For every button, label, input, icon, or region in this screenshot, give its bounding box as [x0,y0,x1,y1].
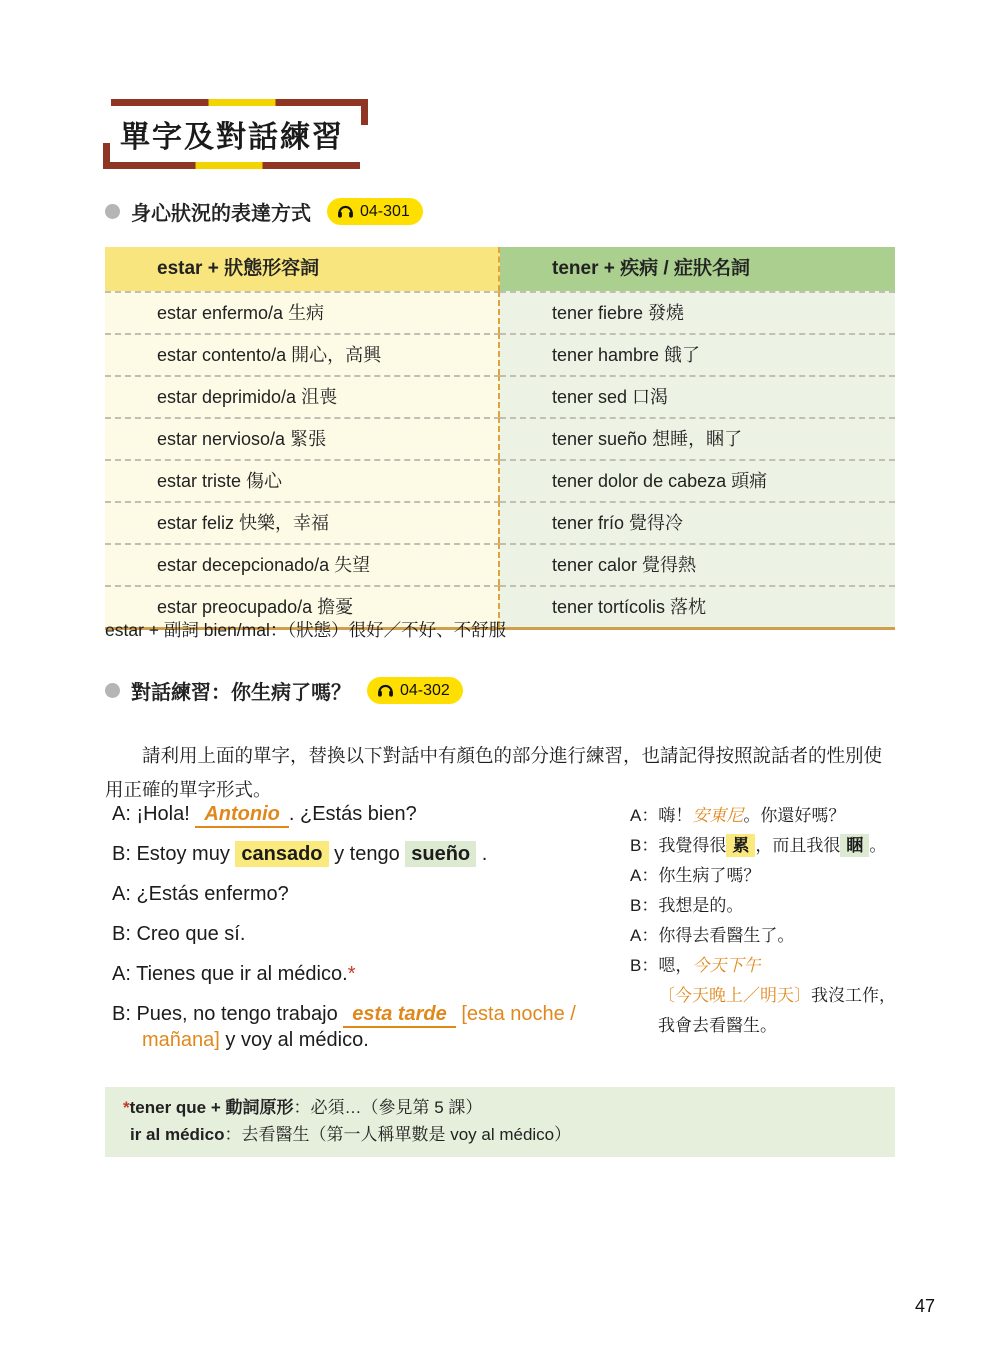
dialogue-line-chinese: A：你得去看醫生了。 [630,921,905,951]
text-segment: A：你得去看醫生了。 [630,926,794,945]
vocab-header-estar: estar + 狀態形容詞 [105,247,500,291]
dialogue-chinese-column: A：嗨！安東尼。你還好嗎？B：我覺得很累，而且我很睏。A：你生病了嗎？B：我想是… [630,801,905,1067]
text-segment: A：嗨！ [630,806,692,825]
vocab-cell-right: tener hambre 餓了 [500,333,895,375]
vocab-cell-right: tener fiebre 發燒 [500,291,895,333]
red-segment: * [348,963,356,985]
hl-green-segment: sueño [405,841,476,867]
text-segment: . [476,843,487,865]
text-segment: B：我想是的。 [630,896,743,915]
text-segment: y voy al médico. [220,1029,369,1051]
vocab-table-row: estar deprimido/a 沮喪tener sed 口渴 [105,375,895,417]
section-heading-dialogue: 對話練習：你生病了嗎？ 04-302 [105,676,463,705]
dialogue-line-spanish: B: Creo que sí. [112,921,620,947]
audio-track-badge: 04-302 [367,677,463,704]
vocab-table-row: estar feliz 快樂，幸福tener frío 覺得冷 [105,501,895,543]
text-segment: B: Estoy muy [112,843,235,865]
vocab-table-row: estar nervioso/a 緊張tener sueño 想睡，睏了 [105,417,895,459]
practice-instructions: 請利用上面的單字，替換以下對話中有顏色的部分進行練習，也請記得按照說話者的性別使… [105,739,900,807]
vocab-table: estar + 狀態形容詞 tener + 疾病 / 症狀名詞 estar en… [105,247,895,630]
vocab-table-header-row: estar + 狀態形容詞 tener + 疾病 / 症狀名詞 [105,247,895,291]
title-frame-right-stub [361,99,368,125]
text-segment: B：嗯， [630,956,692,975]
text-segment: B: Pues, no tengo trabajo [112,1003,343,1025]
dialogue-line-spanish: A: ¿Estás enfermo? [112,881,620,907]
text-segment: . ¿Estás bien? [289,803,417,825]
vocab-cell-right: tener dolor de cabeza 頭痛 [500,459,895,501]
title-frame-bottom-bar [103,162,360,169]
dialogue-line-chinese: B：嗯，今天下午〔今天晚上／明天〕我沒工作，我會去看醫生。 [630,951,905,1041]
bold-segment: ir al médico [130,1125,224,1144]
audio-track-number: 04-301 [360,203,410,221]
hl-yellow-segment: 累 [726,834,755,857]
orange-italic-segment: 今天下午 [692,956,760,975]
text-segment: 。你還好嗎？ [743,806,845,825]
vocab-table-row: estar triste 傷心tener dolor de cabeza 頭痛 [105,459,895,501]
dialogue-line-chinese: A：嗨！安東尼。你還好嗎？ [630,801,905,831]
text-segment: A: ¿Estás enfermo? [112,883,289,905]
hl-green-segment: 睏 [840,834,869,857]
section-heading-label: 對話練習：你生病了嗎？ [131,676,351,705]
vocab-table-row: estar decepcionado/a 失望tener calor 覺得熱 [105,543,895,585]
dialogue-line-spanish: B: Pues, no tengo trabajo esta tarde [es… [112,1001,620,1053]
gray-circle-bullet-icon [105,204,120,219]
text-segment: ，而且我很 [755,836,840,855]
dialogue-block: A: ¡Hola! Antonio. ¿Estás bien?B: Estoy … [112,801,905,1067]
page-title: 單字及對話練習 [120,112,344,156]
dialogue-line-spanish: B: Estoy muy cansado y tengo sueño . [112,841,620,867]
vocab-cell-right: tener sed 口渴 [500,375,895,417]
text-segment: y tengo [329,843,406,865]
vocab-cell-left: estar decepcionado/a 失望 [105,543,500,585]
section-heading-label: 身心狀況的表達方式 [131,197,311,226]
book-page: 單字及對話練習 身心狀況的表達方式 04-301 estar + 狀態形容詞 t… [0,0,1000,1369]
footnote-line: *tener que + 動詞原形：必須…（參見第 5 課） [123,1094,877,1121]
hl-yellow-segment: cansado [235,841,328,867]
lesson-title-block: 單字及對話練習 [103,99,368,169]
dialogue-spanish-column: A: ¡Hola! Antonio. ¿Estás bien?B: Estoy … [112,801,620,1067]
red-bold-segment: * [123,1098,130,1117]
dialogue-line-spanish: A: ¡Hola! Antonio. ¿Estás bien? [112,801,620,827]
gray-circle-bullet-icon [105,683,120,698]
vocab-cell-left: estar enfermo/a 生病 [105,291,500,333]
title-frame-top-bar [111,99,368,106]
text-segment: ：必須…（參見第 5 課） [294,1098,483,1117]
headphones-icon [376,681,395,700]
orange-segment: 〔今天晚上／明天〕 [658,986,811,1005]
orange-italic-segment: 安東尼 [692,806,743,825]
text-segment: 。 [869,836,886,855]
text-segment: B：我覺得很 [630,836,726,855]
vocab-table-row: estar enfermo/a 生病tener fiebre 發燒 [105,291,895,333]
text-segment: ：去看醫生（第一人稱單數是 voy al médico） [224,1125,571,1144]
vocab-cell-left: estar deprimido/a 沮喪 [105,375,500,417]
bold-segment: tener que + 動詞原形 [130,1098,294,1117]
footnote-box: *tener que + 動詞原形：必須…（參見第 5 課）ir al médi… [105,1087,895,1157]
dialogue-line-chinese: A：你生病了嗎？ [630,861,905,891]
vocab-cell-right: tener tortícolis 落枕 [500,585,895,627]
text-segment: A：你生病了嗎？ [630,866,760,885]
blank-segment: Antonio [195,803,289,828]
section-heading-expressions: 身心狀況的表達方式 04-301 [105,197,423,226]
audio-track-badge: 04-301 [327,198,423,225]
audio-track-number: 04-302 [400,682,450,700]
vocab-table-row: estar contento/a 開心，高興tener hambre 餓了 [105,333,895,375]
blank-segment: esta tarde [343,1003,456,1028]
title-frame: 單字及對話練習 [103,99,368,169]
page-number: 47 [915,1296,935,1317]
vocab-cell-left: estar contento/a 開心，高興 [105,333,500,375]
vocab-table-body: estar enfermo/a 生病tener fiebre 發燒estar c… [105,291,895,627]
vocab-cell-left: estar nervioso/a 緊張 [105,417,500,459]
title-frame-left-stub [103,143,110,169]
vocab-cell-right: tener frío 覺得冷 [500,501,895,543]
text-segment: A: Tienes que ir al médico. [112,963,348,985]
text-segment: B: Creo que sí. [112,923,245,945]
vocab-cell-right: tener calor 覺得熱 [500,543,895,585]
text-segment: A: ¡Hola! [112,803,195,825]
dialogue-line-chinese: B：我覺得很累，而且我很睏。 [630,831,905,861]
vocab-cell-left: estar triste 傷心 [105,459,500,501]
footnote-line: ir al médico：去看醫生（第一人稱單數是 voy al médico） [123,1121,877,1148]
headphones-icon [336,202,355,221]
vocab-cell-left: estar feliz 快樂，幸福 [105,501,500,543]
table-note: estar + 副詞 bien/mal：（狀態）很好／不好、不舒服 [105,617,506,642]
vocab-cell-right: tener sueño 想睡，睏了 [500,417,895,459]
dialogue-line-spanish: A: Tienes que ir al médico.* [112,961,620,987]
vocab-header-tener: tener + 疾病 / 症狀名詞 [500,247,895,291]
dialogue-line-chinese: B：我想是的。 [630,891,905,921]
